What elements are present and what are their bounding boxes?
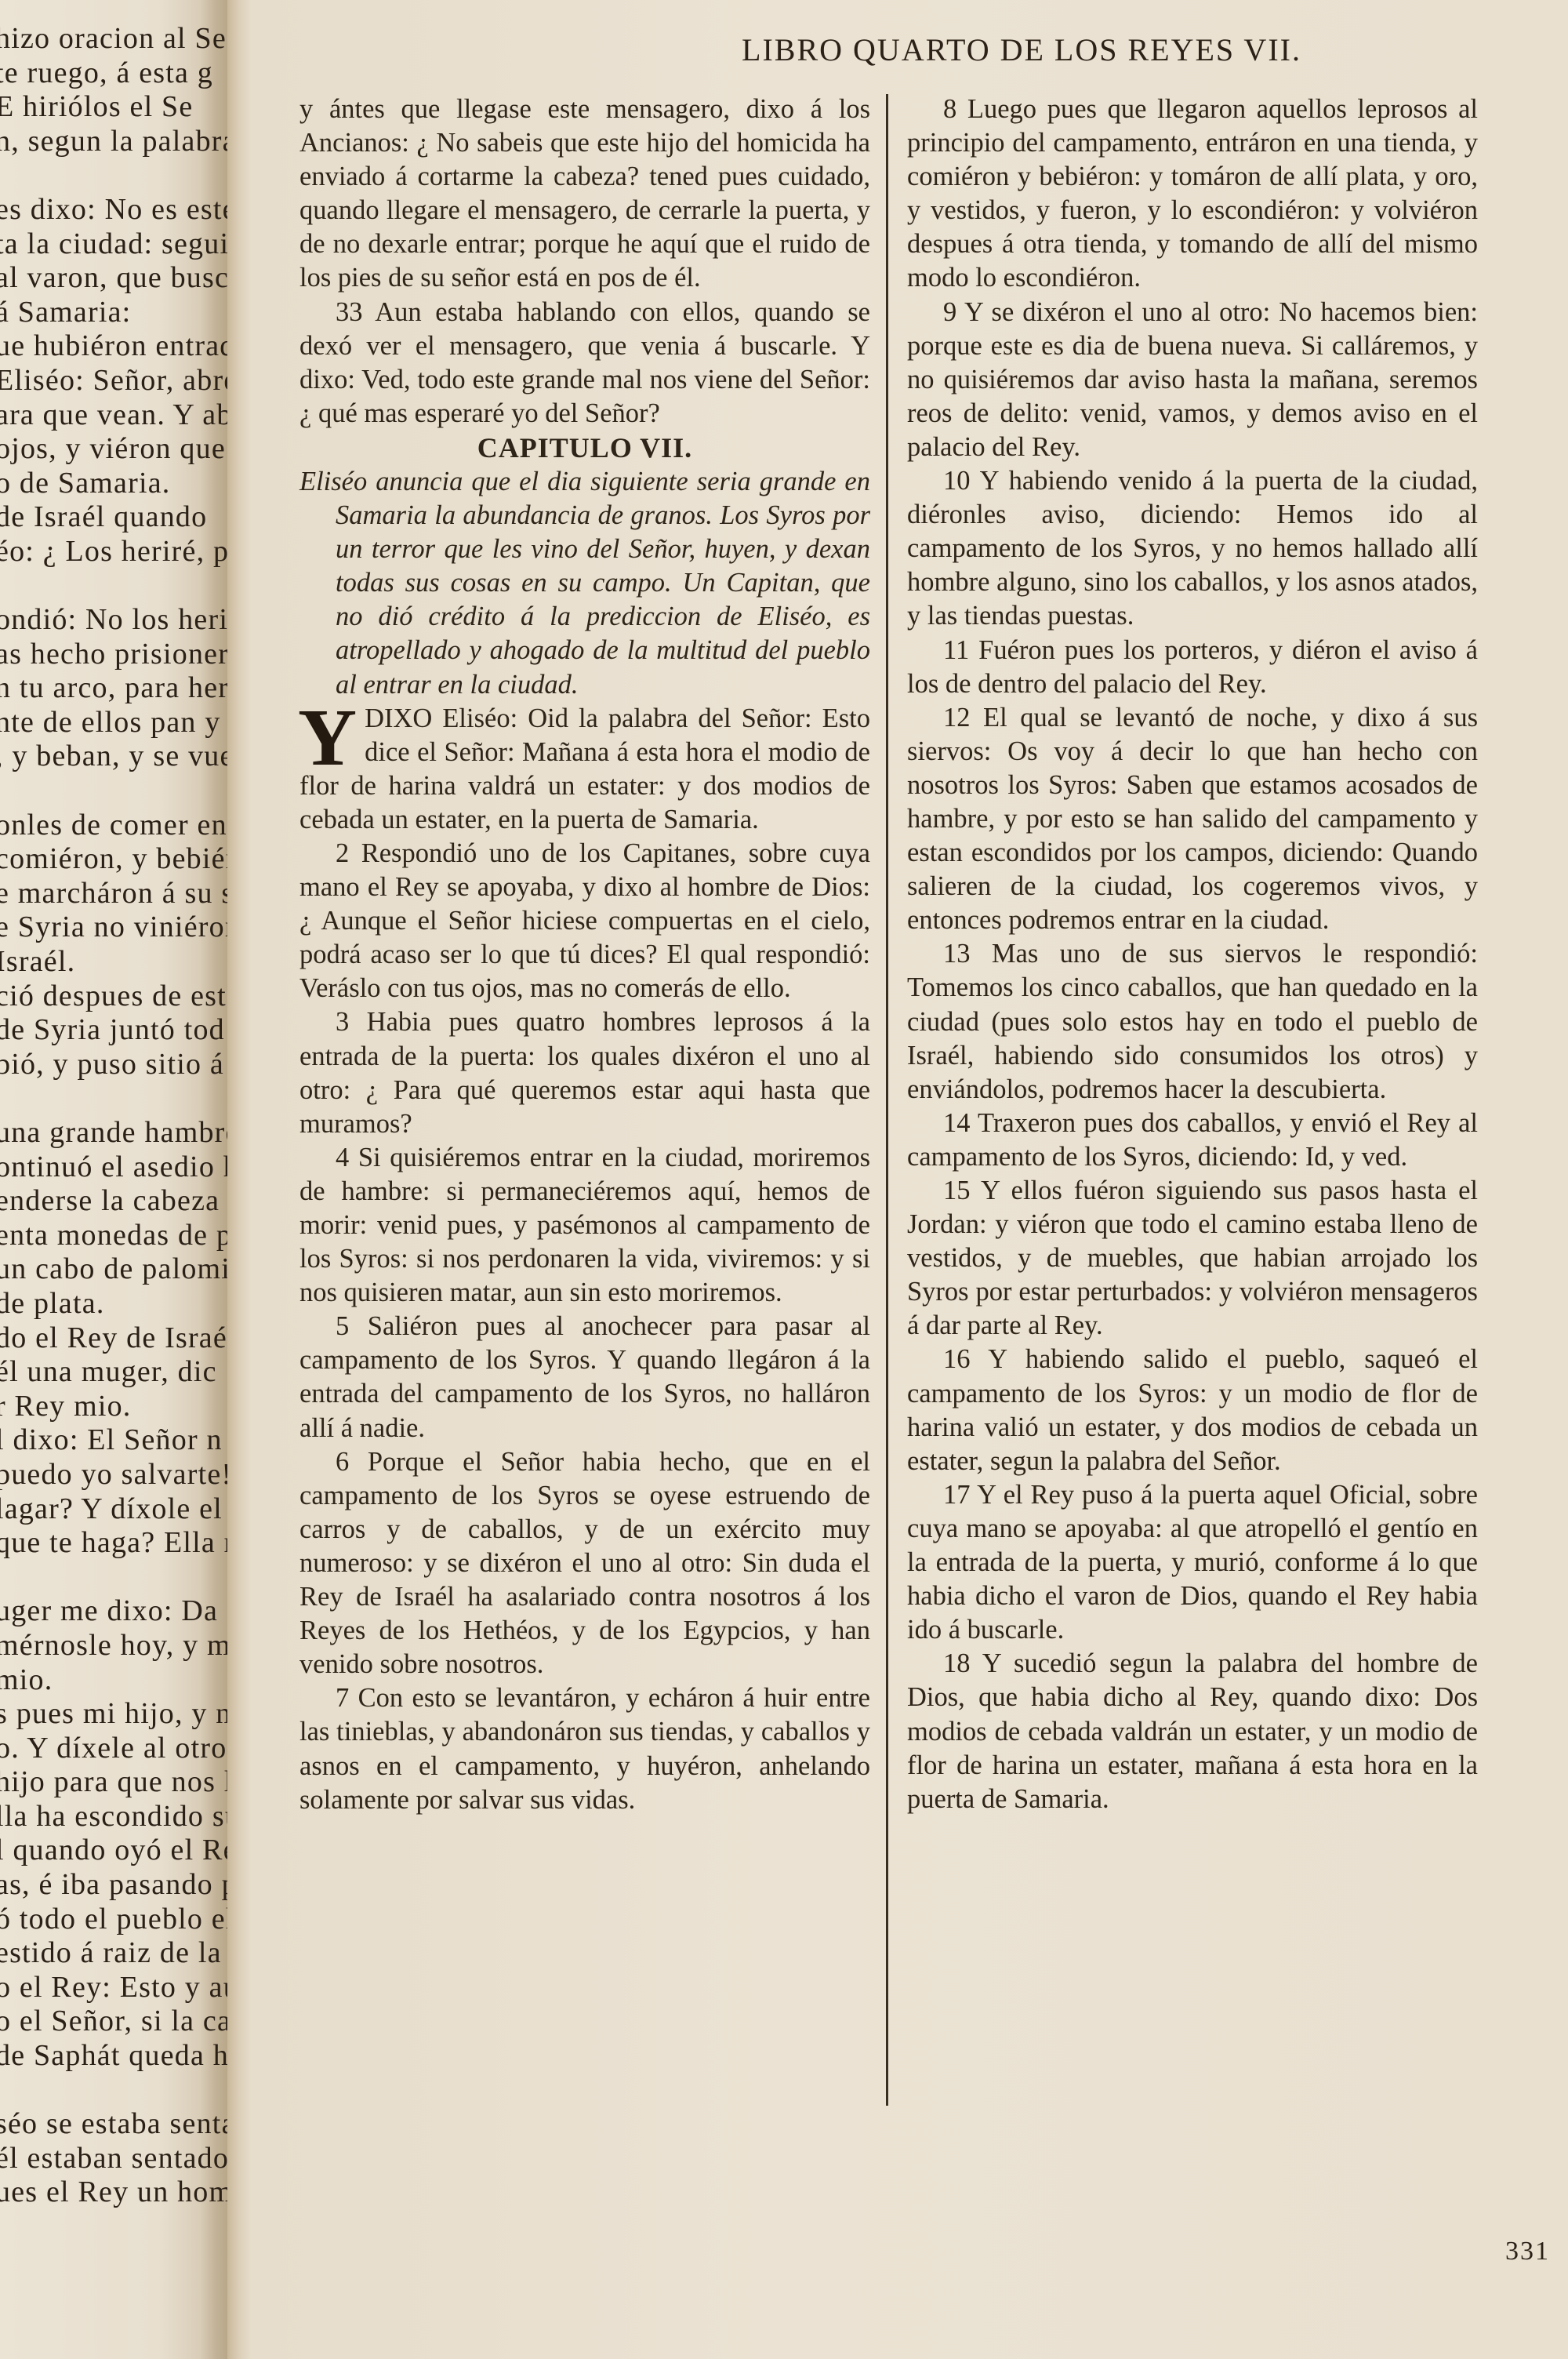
verse-16: 16 Y habiendo salido el pueblo, saqueó e… [907, 1343, 1478, 1478]
left-facing-page: hizo oracion al Sete ruego, á esta gE hi… [0, 0, 227, 2359]
left-page-line: ue hubiéron entrado [0, 329, 227, 364]
verse-18: 18 Y sucedió segun la palabra del hombre… [907, 1647, 1478, 1816]
left-page-line [0, 1561, 227, 1595]
continuation-paragraph: y ántes que llegase este mensagero, dixo… [299, 93, 870, 296]
left-page-line: E hiriólos el Se [0, 90, 227, 125]
left-page-line: él estaban sentados lo [0, 2142, 227, 2176]
left-page-line: ojos, y viéron que e [0, 432, 227, 467]
left-page-line: de plata. [0, 1287, 227, 1321]
left-page-line: ta la ciudad: seguid [0, 227, 227, 262]
verse-3: 3 Habia pues quatro hombres leprosos á l… [299, 1005, 870, 1140]
left-page-line: l quando oyó el Rey, [0, 1834, 227, 1868]
left-page-line [0, 2074, 227, 2108]
verse-15: 15 Y ellos fuéron siguiendo sus pasos ha… [907, 1174, 1478, 1343]
left-page-line: es dixo: No es este [0, 193, 227, 227]
chapter-summary: Eliséo anuncia que el dia siguiente seri… [299, 465, 870, 702]
verse-17: 17 Y el Rey puso á la puerta aquel Ofici… [907, 1478, 1478, 1647]
left-page-line: lla ha escondido su hi [0, 1800, 227, 1834]
verse-13: 13 Mas uno de sus siervos le respondió: … [907, 937, 1478, 1106]
book-gutter [227, 0, 251, 2359]
left-page-line: r Rey mio. [0, 1390, 227, 1424]
left-page-line: ontinuó el asedio has [0, 1150, 227, 1185]
left-page-line: de Saphát queda hoy [0, 2039, 227, 2074]
left-page-line: de Syria juntó tod [0, 1013, 227, 1048]
left-page-line: ues el Rey un hom [0, 2175, 227, 2210]
left-page-line [0, 569, 227, 604]
left-page-text-fragments: hizo oracion al Sete ruego, á esta gE hi… [0, 22, 227, 2210]
verse-9: 9 Y se dixéron el uno al otro: No hacemo… [907, 296, 1478, 464]
verse-6: 6 Porque el Señor habia hecho, que en el… [299, 1445, 870, 1682]
verse-10: 10 Y habiendo venido á la puerta de la c… [907, 464, 1478, 633]
left-page-line: o de Samaria. [0, 467, 227, 501]
left-page-line: Israél. [0, 945, 227, 980]
left-page-line: o. Y díxele al otro [0, 1732, 227, 1766]
left-page-line: enta monedas de pl [0, 1219, 227, 1253]
left-page-line: Eliséo: Señor, abre [0, 364, 227, 398]
left-page-line: ara que vean. Y ab [0, 398, 227, 433]
right-page: LIBRO QUARTO DE LOS REYES VII. y ántes q… [251, 0, 1568, 2359]
left-page-line: onles de comer en gr [0, 809, 227, 843]
left-page-line: hijo para que nos l [0, 1765, 227, 1800]
left-column: y ántes que llegase este mensagero, dixo… [299, 93, 886, 2106]
verse-5: 5 Saliéron pues al anochecer para pasar … [299, 1310, 870, 1445]
left-page-line: e marcháron á su se [0, 877, 227, 911]
left-page-line: éo: ¿ Los heriré, p [0, 535, 227, 569]
left-page-line: á Samaria: [0, 296, 227, 330]
left-page-line: séo se estaba sentado [0, 2107, 227, 2142]
verse-7: 7 Con esto se levantáron, y echáron á hu… [299, 1681, 870, 1816]
left-page-line: s pues mi hijo, y n [0, 1697, 227, 1732]
left-page-line: un cabo de palomi [0, 1252, 227, 1287]
verse-1: YDIXO Eliséo: Oid la palabra del Señor: … [299, 702, 870, 837]
left-page-line: nte de ellos pan y [0, 706, 227, 740]
left-page-line: bió, y puso sitio á [0, 1048, 227, 1082]
left-page-line: ondió: No los heri [0, 603, 227, 638]
left-page-line: al varon, que busc [0, 261, 227, 296]
left-page-line [0, 1081, 227, 1116]
left-page-line: ció despues de esto [0, 980, 227, 1014]
left-page-line: te ruego, á esta g [0, 56, 227, 91]
left-page-line: hizo oracion al Se [0, 22, 227, 56]
left-page-line: as, é iba pasando p [0, 1868, 227, 1903]
left-page-line: que te haga? Ella re [0, 1526, 227, 1561]
right-column: 8 Luego pues que llegaron aquellos lepro… [888, 93, 1478, 2106]
left-page-line: n, segun la palabra [0, 125, 227, 159]
verse-12: 12 El qual se levantó de noche, y dixo á… [907, 701, 1478, 938]
book-spread: hizo oracion al Sete ruego, á esta gE hi… [0, 0, 1568, 2359]
verse-33: 33 Aun estaba hablando con ellos, quando… [299, 296, 870, 431]
left-page-line: estido á raiz de la car [0, 1936, 227, 1971]
left-page-line: uger me dixo: Da a [0, 1594, 227, 1629]
left-page-line: enderse la cabeza de [0, 1184, 227, 1219]
left-page-line: o el Señor, si la cabe [0, 2005, 227, 2039]
verse-11: 11 Fuéron pues los porteros, y diéron el… [907, 634, 1478, 701]
verse-2: 2 Respondió uno de los Capitanes, sobre … [299, 837, 870, 1005]
text-columns: y ántes que llegase este mensagero, dixo… [299, 93, 1523, 2106]
left-page-line: puedo yo salvarte! [0, 1458, 227, 1492]
left-page-line: mérnosle hoy, y m [0, 1629, 227, 1663]
drop-cap: Y [298, 707, 357, 769]
left-page-line: de Israél quando [0, 500, 227, 535]
left-page-line: as hecho prisioneros [0, 638, 227, 672]
left-page-line: lagar? Y díxole el [0, 1492, 227, 1527]
left-page-line [0, 774, 227, 809]
left-page-line: él una muger, dic [0, 1355, 227, 1390]
left-page-line: , y beban, y se vue [0, 740, 227, 774]
left-page-line: mio. [0, 1663, 227, 1698]
left-page-line: una grande hambre [0, 1116, 227, 1150]
chapter-heading: CAPITULO VII. [299, 431, 870, 465]
left-page-line [0, 158, 227, 193]
left-page-line: comiéron, y bebiéro [0, 842, 227, 877]
verse-4: 4 Si quisiéremos entrar en la ciudad, mo… [299, 1141, 870, 1310]
verse-14: 14 Traxeron pues dos caballos, y envió e… [907, 1107, 1478, 1174]
left-page-line: l dixo: El Señor n [0, 1423, 227, 1458]
left-page-line: n tu arco, para heri [0, 671, 227, 706]
left-page-line: e Syria no viniéron [0, 911, 227, 945]
left-page-line: o el Rey: Esto y au [0, 1971, 227, 2005]
left-page-line: do el Rey de Israél p [0, 1321, 227, 1356]
verse-1-text: DIXO Eliséo: Oid la palabra del Señor: E… [299, 703, 870, 834]
left-page-line: ó todo el pueblo el c [0, 1903, 227, 1937]
page-number: 331 [1505, 2237, 1550, 2266]
running-head: LIBRO QUARTO DE LOS REYES VII. [571, 31, 1472, 68]
verse-8: 8 Luego pues que llegaron aquellos lepro… [907, 93, 1478, 296]
